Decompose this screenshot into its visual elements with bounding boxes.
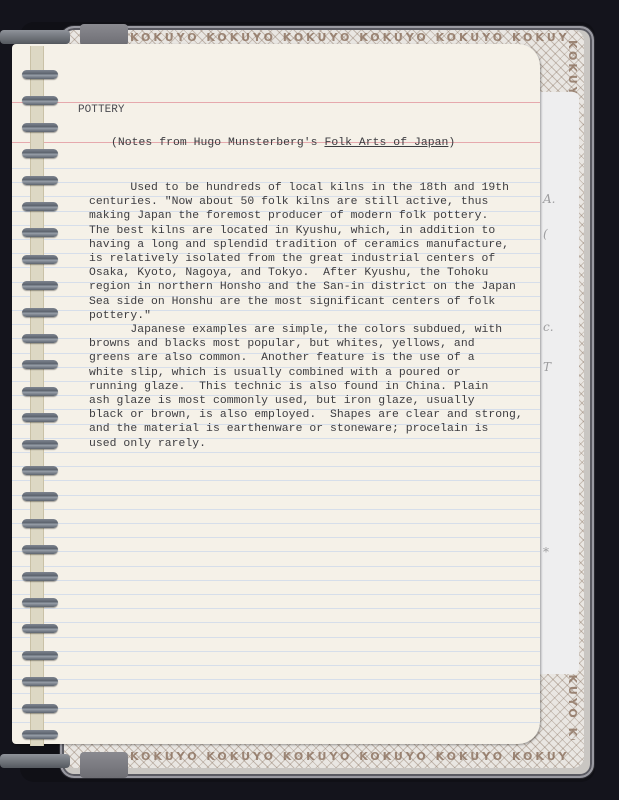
subtitle-prefix: (Notes from Hugo Munsterberg's — [111, 137, 324, 149]
text-line: running glaze. This technic is also foun… — [89, 380, 523, 394]
spiral-ring — [22, 387, 58, 396]
ruled-line — [12, 708, 540, 709]
ruled-line — [12, 566, 540, 567]
spiral-ring — [22, 123, 58, 132]
text-line: browns and blacks most popular, but whit… — [89, 337, 523, 351]
text-line: white slip, which is usually combined wi… — [89, 366, 523, 380]
spiral-ring — [22, 651, 58, 660]
ruled-line — [12, 509, 540, 510]
ruled-line — [12, 608, 540, 609]
body-text: Used to be hundreds of local kilns in th… — [89, 181, 523, 451]
spiral-ring — [22, 176, 58, 185]
spiral-ring — [22, 572, 58, 581]
spiral-ring — [22, 704, 58, 713]
brand-strip-top: KOKUYO KOKUYO KOKUYO KOKUYO KOKUYO KOKUY… — [130, 31, 570, 45]
spiral-ring — [22, 96, 58, 105]
ruled-line — [12, 679, 540, 680]
ruled-line — [12, 466, 540, 467]
ruled-line — [12, 537, 540, 538]
ruled-line — [12, 693, 540, 694]
ruled-line — [12, 637, 540, 638]
brand-strip-bottom: KOKUYO KOKUYO KOKUYO KOKUYO KOKUYO KOKUY… — [130, 750, 570, 764]
text-line: black or brown, is also employed. Shapes… — [89, 408, 523, 422]
subtitle-suffix: ) — [448, 137, 455, 149]
ruled-line — [12, 168, 540, 169]
text-line: Osaka, Kyoto, Nagoya, and Tokyo. After K… — [89, 266, 523, 280]
page-heading: POTTERY — [78, 103, 125, 117]
text-line: pottery." — [89, 309, 523, 323]
binder-clip-top[interactable] — [0, 30, 70, 44]
ruled-line — [12, 452, 540, 453]
book-title: Folk Arts of Japan — [324, 137, 448, 149]
ruled-line — [12, 722, 540, 723]
text-line: Used to be hundreds of local kilns in th… — [89, 181, 523, 195]
text-line: having a long and splendid tradition of … — [89, 238, 523, 252]
spiral-ring — [22, 70, 58, 79]
ruled-line — [12, 495, 540, 496]
spiral-ring — [22, 545, 58, 554]
text-line: Sea side on Honshu are the most signific… — [89, 295, 523, 309]
pencil-mark: T — [543, 360, 551, 374]
text-line: and the material is earthenware or stone… — [89, 422, 523, 436]
text-line: used only rarely. — [89, 437, 523, 451]
ruled-line — [12, 523, 540, 524]
ruled-line — [12, 594, 540, 595]
page-subtitle: (Notes from Hugo Munsterberg's Folk Arts… — [111, 136, 455, 150]
spiral-ring — [22, 466, 58, 475]
text-line: ash glaze is most commonly used, but iro… — [89, 394, 523, 408]
spiral-ring — [22, 255, 58, 264]
ruled-line — [12, 580, 540, 581]
spiral-ring — [22, 730, 58, 739]
binder-hinge-top — [80, 24, 128, 46]
spiral-ring — [22, 228, 58, 237]
paragraph: Japanese examples are simple, the colors… — [89, 323, 523, 451]
spiral-ring — [22, 334, 58, 343]
ruled-line — [12, 622, 540, 623]
paragraph: Used to be hundreds of local kilns in th… — [89, 181, 523, 323]
text-line: making Japan the foremost producer of mo… — [89, 209, 523, 223]
text-line: region in northern Honsho and the San-in… — [89, 280, 523, 294]
binder-clip-bottom[interactable] — [0, 754, 70, 768]
spiral-ring — [22, 202, 58, 211]
text-line: Japanese examples are simple, the colors… — [89, 323, 523, 337]
spiral-ring — [22, 149, 58, 158]
pencil-mark: A. — [543, 192, 555, 206]
text-line: greens are also common. Another feature … — [89, 351, 523, 365]
ruled-line — [12, 480, 540, 481]
ruled-line — [12, 665, 540, 666]
spiral-ring — [22, 360, 58, 369]
spiral-ring — [22, 624, 58, 633]
binder-hinge-bottom — [80, 752, 128, 778]
ruled-line — [12, 551, 540, 552]
pencil-mark: ( — [543, 227, 548, 241]
pencil-mark: c. — [543, 320, 554, 334]
spiral-ring — [22, 598, 58, 607]
spiral-ring — [22, 440, 58, 449]
spiral-ring — [22, 492, 58, 501]
spiral-ring — [22, 677, 58, 686]
spiral-ring — [22, 413, 58, 422]
text-line: The best kilns are located in Kyushu, wh… — [89, 224, 523, 238]
spiral-ring — [22, 281, 58, 290]
text-line: centuries. "Now about 50 folk kilns are … — [89, 195, 523, 209]
pencil-mark: * — [543, 545, 549, 559]
text-line: is relatively isolated from the great in… — [89, 252, 523, 266]
ruled-line — [12, 651, 540, 652]
spiral-ring — [22, 519, 58, 528]
spiral-ring — [22, 308, 58, 317]
